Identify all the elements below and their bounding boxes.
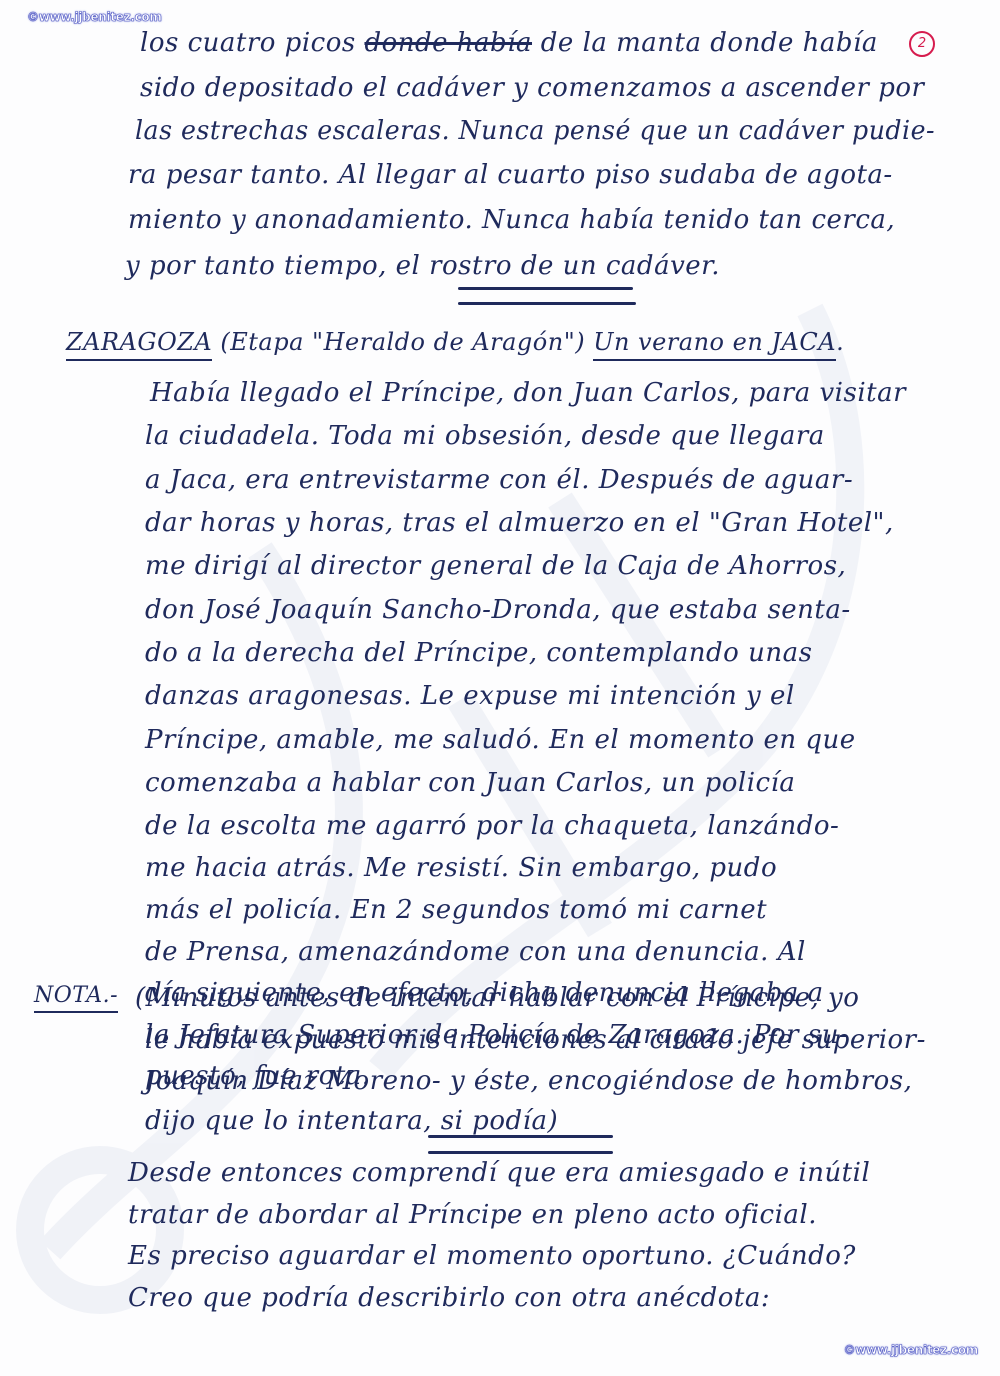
section-heading: ZARAGOZA (Etapa "Heraldo de Aragón") Un … [66,330,844,354]
divider-rule [428,1151,613,1154]
note-line: Joaquín Díaz Moreno- y éste, encogiéndos… [145,1068,912,1094]
text-fragment: de la manta donde había [532,28,878,58]
text-line: me dirigí al director general de la Caja… [145,553,846,579]
text-line: y por tanto tiempo, el rostro de un cadá… [125,253,720,279]
text-line: Desde entonces comprendí que era amiesga… [128,1160,870,1186]
text-fragment: los cuatro picos [140,28,364,58]
heading-end: . [836,328,844,356]
text-line: Había llegado el Príncipe, don Juan Carl… [150,380,906,406]
text-line: sido depositado el cadáver y comenzamos … [140,75,924,101]
text-line: los cuatro picos donde había de la manta… [140,30,878,56]
text-line: a Jaca, era entrevistarme con él. Despué… [145,467,853,493]
text-line: más el policía. En 2 segundos tomó mi ca… [145,897,767,923]
struck-text: donde había [364,28,532,58]
text-line: las estrechas escaleras. Nunca pensé que… [135,118,935,144]
note-line: (Minutos antes de intentar hablar con el… [135,985,859,1011]
text-line: tratar de abordar al Príncipe en pleno a… [128,1202,817,1228]
text-line: de la escolta me agarró por la chaqueta,… [145,813,839,839]
text-line: miento y anonadamiento. Nunca había teni… [128,207,895,233]
text-line: comenzaba a hablar con Juan Carlos, un p… [145,770,795,796]
heading-title: Un verano en JACA [593,328,836,361]
text-line: de Prensa, amenazándome con una denuncia… [145,939,806,965]
text-line: Creo que podría describirlo con otra ané… [128,1285,770,1311]
note-line: le había expuesto mis intenciones al cit… [145,1027,926,1053]
text-line: Príncipe, amable, me saludó. En el momen… [145,727,856,753]
heading-place: ZARAGOZA [66,328,212,361]
text-line: la ciudadela. Toda mi obsesión, desde qu… [145,423,825,449]
note-line: dijo que lo intentara, si podía) [145,1108,558,1134]
text-line: me hacia atrás. Me resistí. Sin embargo,… [145,855,777,881]
text-line: ra pesar tanto. Al llegar al cuarto piso… [128,162,893,188]
heading-stage: (Etapa "Heraldo de Aragón") [220,328,585,356]
text-line: Es preciso aguardar el momento oportuno.… [128,1243,856,1269]
text-line: don José Joaquín Sancho-Dronda, que esta… [145,597,851,623]
divider-rule [428,1135,613,1138]
watermark-bottom: ©www.jjbenitez.com [843,1343,978,1357]
note-label: NOTA.- [34,985,118,1007]
note-label-text: NOTA.- [34,983,118,1013]
text-line: danzas aragonesas. Le expuse mi intenció… [145,683,795,709]
page-number-badge: 2 [909,31,935,57]
divider-rule [458,287,633,290]
text-line: do a la derecha del Príncipe, contemplan… [145,640,812,666]
text-line: dar horas y horas, tras el almuerzo en e… [145,510,894,536]
divider-rule [458,302,636,305]
watermark-top: ©www.jjbenitez.com [27,10,162,24]
